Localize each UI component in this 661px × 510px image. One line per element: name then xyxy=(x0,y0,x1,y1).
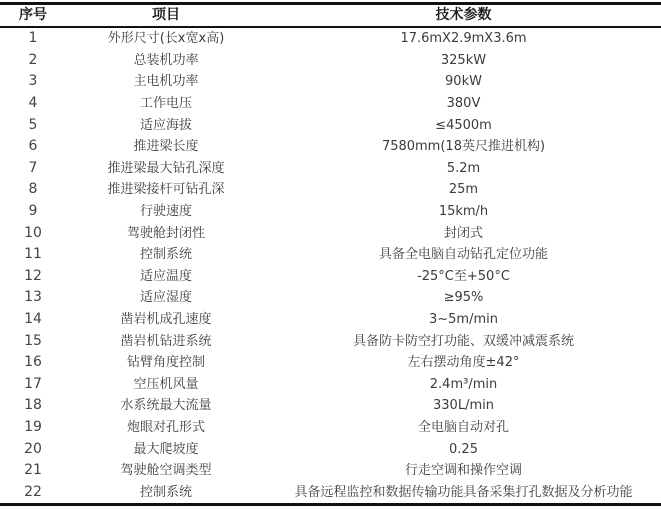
row-item: 空压机风量 xyxy=(66,374,266,396)
row-item: 凿岩机钻进系统 xyxy=(66,330,266,352)
row-item: 适应湿度 xyxy=(66,287,266,309)
row-param: 2.4m³/min xyxy=(266,374,661,396)
row-index: 9 xyxy=(0,201,66,223)
header-row: 序号 项目 技术参数 xyxy=(0,4,661,28)
row-param: 5.2m xyxy=(266,158,661,180)
row-index: 14 xyxy=(0,309,66,331)
row-param: 行走空调和操作空调 xyxy=(266,460,661,482)
table-row: 14凿岩机成孔速度3~5m/min xyxy=(0,309,661,331)
row-item: 外形尺寸(长x宽x高) xyxy=(66,27,266,50)
row-param: 7580mm(18英尺推进机构) xyxy=(266,136,661,158)
row-index: 21 xyxy=(0,460,66,482)
row-param: 左右摆动角度±42° xyxy=(266,352,661,374)
row-item: 炮眼对孔形式 xyxy=(66,417,266,439)
row-index: 2 xyxy=(0,50,66,72)
row-param: 25m xyxy=(266,179,661,201)
table-row: 2总装机功率325kW xyxy=(0,50,661,72)
table-row: 11控制系统具备全电脑自动钻孔定位功能 xyxy=(0,244,661,266)
row-index: 7 xyxy=(0,158,66,180)
row-param: 0.25 xyxy=(266,438,661,460)
row-param: 3~5m/min xyxy=(266,309,661,331)
row-item: 推进梁接杆可钻孔深 xyxy=(66,179,266,201)
row-param: 封闭式 xyxy=(266,222,661,244)
row-index: 8 xyxy=(0,179,66,201)
row-item: 最大爬坡度 xyxy=(66,438,266,460)
row-index: 16 xyxy=(0,352,66,374)
table-row: 4工作电压380V xyxy=(0,93,661,115)
table-row: 10驾驶舱封闭性封闭式 xyxy=(0,222,661,244)
table-row: 17空压机风量2.4m³/min xyxy=(0,374,661,396)
row-item: 工作电压 xyxy=(66,93,266,115)
row-param: 具备全电脑自动钻孔定位功能 xyxy=(266,244,661,266)
table-row: 5适应海拔≤4500m xyxy=(0,114,661,136)
row-param: 90kW xyxy=(266,71,661,93)
table-row: 13适应湿度≥95% xyxy=(0,287,661,309)
row-param: 具备远程监控和数据传输功能具备采集打孔数据及分析功能 xyxy=(266,481,661,504)
row-param: 17.6mX2.9mX3.6m xyxy=(266,27,661,50)
table-row: 6推进梁长度7580mm(18英尺推进机构) xyxy=(0,136,661,158)
table-row: 19炮眼对孔形式全电脑自动对孔 xyxy=(0,417,661,439)
row-index: 15 xyxy=(0,330,66,352)
row-item: 适应温度 xyxy=(66,266,266,288)
table-row: 3主电机功率90kW xyxy=(0,71,661,93)
row-param: 15km/h xyxy=(266,201,661,223)
row-param: ≤4500m xyxy=(266,114,661,136)
row-item: 水系统最大流量 xyxy=(66,395,266,417)
row-index: 20 xyxy=(0,438,66,460)
header-param: 技术参数 xyxy=(266,4,661,28)
header-item: 项目 xyxy=(66,4,266,28)
row-index: 11 xyxy=(0,244,66,266)
row-index: 17 xyxy=(0,374,66,396)
technical-spec-table: 序号 项目 技术参数 1外形尺寸(长x宽x高)17.6mX2.9mX3.6m 2… xyxy=(0,2,661,506)
table-row: 1外形尺寸(长x宽x高)17.6mX2.9mX3.6m xyxy=(0,27,661,50)
table-row: 22控制系统具备远程监控和数据传输功能具备采集打孔数据及分析功能 xyxy=(0,481,661,504)
row-param: -25°C至+50°C xyxy=(266,266,661,288)
row-index: 3 xyxy=(0,71,66,93)
table-row: 16钻臂角度控制左右摆动角度±42° xyxy=(0,352,661,374)
table-row: 12适应温度-25°C至+50°C xyxy=(0,266,661,288)
row-param: 380V xyxy=(266,93,661,115)
row-item: 驾驶舱封闭性 xyxy=(66,222,266,244)
row-index: 19 xyxy=(0,417,66,439)
row-item: 适应海拔 xyxy=(66,114,266,136)
table-row: 9行驶速度15km/h xyxy=(0,201,661,223)
row-item: 推进梁最大钻孔深度 xyxy=(66,158,266,180)
table-row: 15凿岩机钻进系统具备防卡防空打功能、双缓冲减震系统 xyxy=(0,330,661,352)
table-body: 1外形尺寸(长x宽x高)17.6mX2.9mX3.6m 2总装机功率325kW … xyxy=(0,27,661,505)
row-param: 具备防卡防空打功能、双缓冲减震系统 xyxy=(266,330,661,352)
row-item: 控制系统 xyxy=(66,481,266,504)
row-item: 控制系统 xyxy=(66,244,266,266)
header-index: 序号 xyxy=(0,4,66,28)
row-index: 13 xyxy=(0,287,66,309)
table-row: 20最大爬坡度0.25 xyxy=(0,438,661,460)
table-row: 7推进梁最大钻孔深度5.2m xyxy=(0,158,661,180)
row-item: 主电机功率 xyxy=(66,71,266,93)
row-param: ≥95% xyxy=(266,287,661,309)
table-row: 18水系统最大流量330L/min xyxy=(0,395,661,417)
row-param: 全电脑自动对孔 xyxy=(266,417,661,439)
row-item: 总装机功率 xyxy=(66,50,266,72)
table-row: 21驾驶舱空调类型行走空调和操作空调 xyxy=(0,460,661,482)
row-index: 1 xyxy=(0,27,66,50)
row-param: 325kW xyxy=(266,50,661,72)
row-item: 推进梁长度 xyxy=(66,136,266,158)
row-item: 钻臂角度控制 xyxy=(66,352,266,374)
row-index: 5 xyxy=(0,114,66,136)
row-param: 330L/min xyxy=(266,395,661,417)
row-index: 4 xyxy=(0,93,66,115)
row-index: 6 xyxy=(0,136,66,158)
row-item: 凿岩机成孔速度 xyxy=(66,309,266,331)
row-item: 驾驶舱空调类型 xyxy=(66,460,266,482)
row-index: 22 xyxy=(0,481,66,504)
table-header: 序号 项目 技术参数 xyxy=(0,4,661,28)
row-item: 行驶速度 xyxy=(66,201,266,223)
table-row: 8推进梁接杆可钻孔深25m xyxy=(0,179,661,201)
row-index: 12 xyxy=(0,266,66,288)
row-index: 18 xyxy=(0,395,66,417)
row-index: 10 xyxy=(0,222,66,244)
